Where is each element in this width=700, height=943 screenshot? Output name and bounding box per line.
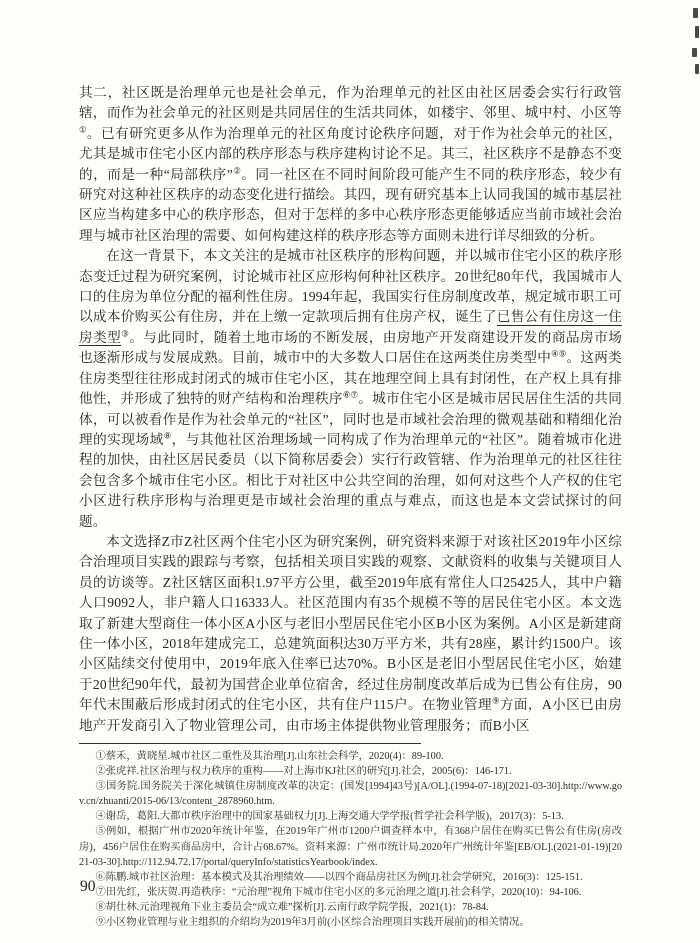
- body-paragraph-1: 其二，社区既是治理单元也是社会单元，作为治理单元的社区由社区居委会实行行政管辖，…: [79, 83, 622, 246]
- footnotes-section: ①蔡禾，黄晓星.城市社区二重性及其治理[J].山东社会科学，2020(4)：89…: [79, 749, 622, 930]
- footnote-item: ②张虎祥.社区治理与权力秩序的重构——对上海市KJ社区的研究[J].社会，200…: [79, 764, 622, 779]
- footnote-marker: ⑥⑦: [343, 390, 358, 400]
- footnote-item: ④谢岳，葛阳.大都市秩序治理中的国家基础权力[J].上海交通大学学报(哲学社会科…: [79, 809, 622, 824]
- scan-artifact: [695, 64, 699, 74]
- footnote-marker: ②: [233, 165, 241, 175]
- footnote-item: ③国务院.国务院关于深化城镇住房制度改革的决定：(国发[1994]43号)[A/…: [79, 779, 622, 809]
- scan-artifact: [695, 26, 699, 38]
- footnote-item: ①蔡禾，黄晓星.城市社区二重性及其治理[J].山东社会科学，2020(4)：89…: [79, 749, 622, 764]
- footnote-item: ⑦田先红，张庆贺.再造秩序：“元治理”视角下城市住宅小区的多元治理之道[J].社…: [79, 885, 622, 900]
- footnote-marker: ①: [79, 124, 87, 134]
- footnote-item: ⑨小区物业管理与业主组织的介绍均为2019年3月前(小区综合治理项目实践开展前)…: [79, 915, 622, 930]
- body-paragraph-3: 本文选择Z市Z社区两个住宅小区为研究案例，研究资料来源于对该社区2019年小区综…: [79, 532, 622, 736]
- scan-artifact: [693, 8, 698, 18]
- body-paragraph-2: 在这一背景下，本文关注的是城市社区秩序的形构问题，并以城市住宅小区的秩序形态变迁…: [79, 246, 622, 532]
- page-content: 其二，社区既是治理单元也是社会单元，作为治理单元的社区由社区居委会实行行政管辖，…: [79, 83, 622, 930]
- footnote-item: ⑧胡仕林.元治理视角下业主委员会“成立难”探析[J].云南行政学院学报，2021…: [79, 900, 622, 915]
- document-page: 其二，社区既是治理单元也是社会单元，作为治理单元的社区由社区居委会实行行政管辖，…: [0, 0, 700, 943]
- footnote-marker: ③: [121, 328, 129, 338]
- footnote-item: ⑥陈鹏.城市社区治理：基本模式及其治理绩效——以四个商品房社区为例[J].社会学…: [79, 870, 622, 885]
- scan-artifact: [692, 48, 697, 57]
- footnote-marker: ④⑤: [551, 349, 566, 359]
- footnote-divider: [79, 743, 421, 744]
- footnote-marker: ⑨: [492, 696, 500, 706]
- footnote-marker: ⑧: [164, 430, 172, 440]
- footnote-item: ⑤例如，根据广州市2020年统计年鉴，在2019年广州市1200户调查样本中，有…: [79, 824, 622, 869]
- page-number: 90: [80, 878, 96, 896]
